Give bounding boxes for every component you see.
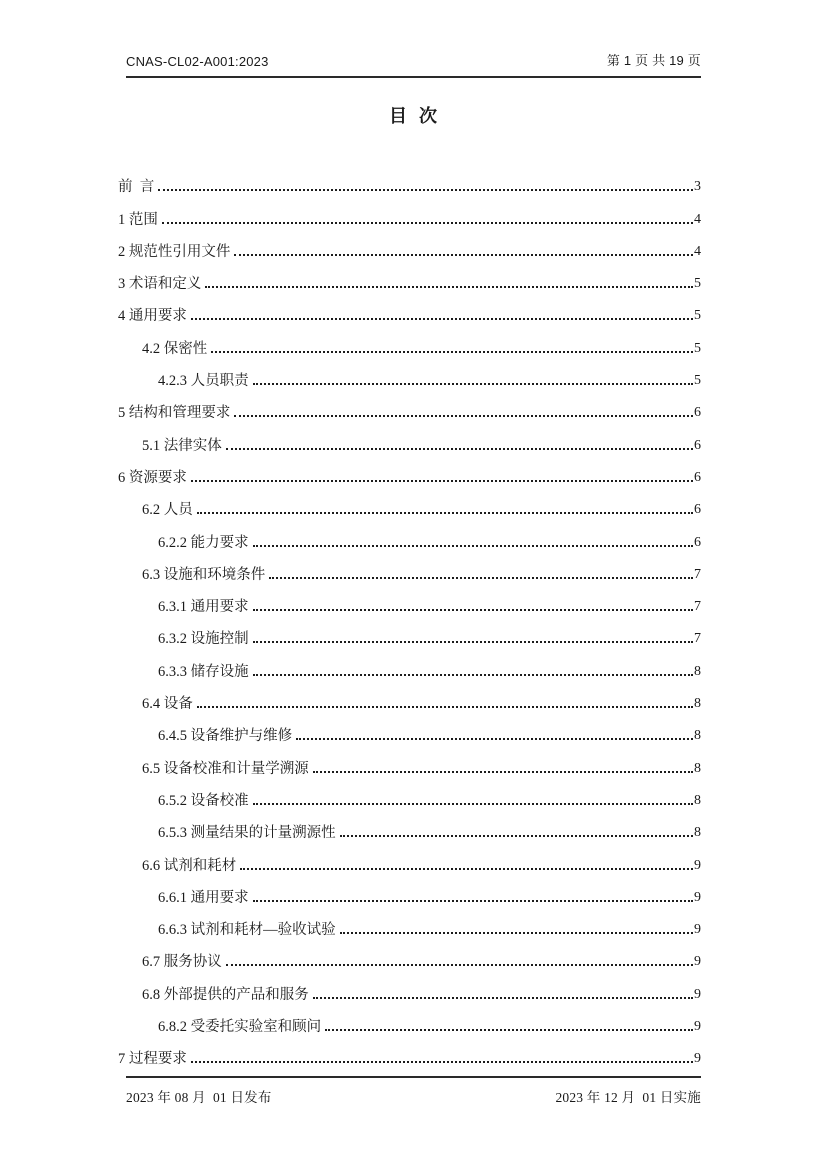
toc-entry-page: 6 (694, 434, 701, 458)
toc-entry[interactable]: 6 资源要求 6 (118, 458, 701, 490)
toc-entry-label: 6.3.2 设施控制 (158, 627, 249, 651)
toc-entry-label: 6.3 设施和环境条件 (142, 563, 265, 587)
toc-dot-leader (191, 1061, 693, 1063)
toc-entry-label: 6.5 设备校准和计量学溯源 (142, 757, 309, 781)
toc-entry[interactable]: 前 言 3 (118, 167, 701, 199)
toc-entry-page: 9 (694, 1047, 701, 1071)
toc-entry-label: 6.7 服务协议 (142, 950, 222, 974)
toc-dot-leader (197, 706, 693, 708)
toc-entry-label: 6.5.2 设备校准 (158, 789, 249, 813)
toc-entry-label: 6 资源要求 (118, 466, 187, 490)
toc-dot-leader (205, 286, 693, 288)
toc-entry[interactable]: 6.3.3 储存设施 8 (118, 651, 701, 683)
toc-entry-page: 5 (694, 337, 701, 361)
toc-dot-leader (191, 318, 693, 320)
toc-dot-leader (253, 674, 693, 676)
toc-entry-label: 6.6.1 通用要求 (158, 886, 249, 910)
toc-entry[interactable]: 6.5 设备校准和计量学溯源 8 (118, 748, 701, 780)
toc-entry[interactable]: 6.4.5 设备维护与维修 8 (118, 716, 701, 748)
toc-dot-leader (234, 254, 693, 256)
toc-entry[interactable]: 1 范围 4 (118, 199, 701, 231)
toc-entry[interactable]: 6.8 外部提供的产品和服务 9 (118, 974, 701, 1006)
toc-entry[interactable]: 2 规范性引用文件 4 (118, 232, 701, 264)
toc-entry-label: 6.4 设备 (142, 692, 193, 716)
toc-entry-label: 6.2.2 能力要求 (158, 531, 249, 555)
toc-dot-leader (234, 415, 693, 417)
toc-entry-label: 4.2 保密性 (142, 337, 207, 361)
toc-entry-page: 4 (694, 208, 701, 232)
toc-entry-label: 4 通用要求 (118, 304, 187, 328)
toc-entry[interactable]: 6.2 人员 6 (118, 490, 701, 522)
toc-dot-leader (253, 803, 693, 805)
toc-dot-leader (253, 545, 693, 547)
toc-entry-page: 5 (694, 272, 701, 296)
toc-entry-page: 8 (694, 660, 701, 684)
toc-entry-label: 6.2 人员 (142, 498, 193, 522)
toc-entry-page: 9 (694, 983, 701, 1007)
toc-entry-page: 9 (694, 854, 701, 878)
toc-entry-label: 1 范围 (118, 208, 158, 232)
toc-entry-label: 6.8 外部提供的产品和服务 (142, 983, 309, 1007)
toc-entry-label: 前 言 (118, 175, 154, 199)
toc-dot-leader (296, 738, 693, 740)
toc-entry-page: 8 (694, 692, 701, 716)
toc-entry-page: 9 (694, 886, 701, 910)
toc-dot-leader (253, 383, 693, 385)
toc-entry-page: 9 (694, 1015, 701, 1039)
toc-dot-leader (313, 771, 693, 773)
toc-dot-leader (340, 835, 693, 837)
toc-entry-page: 8 (694, 821, 701, 845)
toc-entry[interactable]: 6.6 试剂和耗材 9 (118, 845, 701, 877)
toc-entry[interactable]: 6.7 服务协议 9 (118, 942, 701, 974)
toc-dot-leader (211, 351, 693, 353)
toc-entry[interactable]: 6.3.1 通用要求 7 (118, 587, 701, 619)
toc-entry-page: 6 (694, 498, 701, 522)
toc-entry-label: 6.3.3 储存设施 (158, 660, 249, 684)
toc-entry-page: 8 (694, 757, 701, 781)
toc-dot-leader (191, 480, 693, 482)
toc-entry-page: 7 (694, 595, 701, 619)
toc-entry[interactable]: 5.1 法律实体 6 (118, 425, 701, 457)
toc-entry-page: 7 (694, 627, 701, 651)
doc-code-label: CNAS-CL02-A001:2023 (126, 54, 269, 69)
release-date-label: 2023 年 08 月 01 日发布 (126, 1086, 272, 1106)
toc-entry[interactable]: 6.5.2 设备校准 8 (118, 781, 701, 813)
toc-entry-page: 9 (694, 918, 701, 942)
toc-entry-label: 6.5.3 测量结果的计量溯源性 (158, 821, 336, 845)
toc-dot-leader (226, 964, 693, 966)
toc-entry-label: 6.4.5 设备维护与维修 (158, 724, 292, 748)
page-footer: 2023 年 08 月 01 日发布 2023 年 12 月 01 日实施 (126, 1076, 701, 1106)
toc-entry[interactable]: 4.2 保密性 5 (118, 328, 701, 360)
toc-dot-leader (253, 641, 693, 643)
toc-entry-label: 5.1 法律实体 (142, 434, 222, 458)
toc-title: 目 次 (0, 102, 827, 128)
toc-entry-label: 6.3.1 通用要求 (158, 595, 249, 619)
toc-entry-page: 5 (694, 304, 701, 328)
toc-dot-leader (197, 512, 693, 514)
toc-entry[interactable]: 4.2.3 人员职责 5 (118, 361, 701, 393)
implement-date-label: 2023 年 12 月 01 日实施 (555, 1086, 701, 1106)
toc-dot-leader (226, 448, 693, 450)
toc-entry[interactable]: 6.3 设施和环境条件 7 (118, 555, 701, 587)
toc-entry-label: 5 结构和管理要求 (118, 401, 230, 425)
toc-entry[interactable]: 5 结构和管理要求 6 (118, 393, 701, 425)
toc-entry[interactable]: 6.8.2 受委托实验室和顾问 9 (118, 1007, 701, 1039)
toc-entry-label: 6.8.2 受委托实验室和顾问 (158, 1015, 321, 1039)
toc-entry[interactable]: 6.2.2 能力要求 6 (118, 522, 701, 554)
toc-entry-page: 8 (694, 724, 701, 748)
toc-entry-page: 6 (694, 401, 701, 425)
document-page: CNAS-CL02-A001:2023 第 1 页 共 19 页 目 次 前 言… (0, 0, 827, 1170)
toc-entry-page: 8 (694, 789, 701, 813)
toc-entry-page: 6 (694, 466, 701, 490)
page-header: CNAS-CL02-A001:2023 第 1 页 共 19 页 (126, 50, 701, 78)
toc-entry-page: 3 (694, 175, 701, 199)
toc-dot-leader (269, 577, 693, 579)
toc-entry-label: 6.6 试剂和耗材 (142, 854, 236, 878)
toc-entry[interactable]: 6.4 设备 8 (118, 684, 701, 716)
toc-dot-leader (325, 1029, 693, 1031)
toc-entry[interactable]: 3 术语和定义 5 (118, 264, 701, 296)
toc-entry-page: 9 (694, 950, 701, 974)
toc-entry-label: 2 规范性引用文件 (118, 240, 230, 264)
toc-entry[interactable]: 4 通用要求 5 (118, 296, 701, 328)
toc-dot-leader (253, 900, 693, 902)
toc-entry[interactable]: 6.3.2 设施控制 7 (118, 619, 701, 651)
toc-entry-page: 4 (694, 240, 701, 264)
toc-dot-leader (158, 189, 693, 191)
page-number-indicator: 第 1 页 共 19 页 (607, 50, 701, 69)
toc-dot-leader (240, 868, 693, 870)
toc-entry-label: 3 术语和定义 (118, 272, 201, 296)
toc-entry-page: 7 (694, 563, 701, 587)
toc-entry[interactable]: 7 过程要求 9 (118, 1039, 701, 1071)
toc-dot-leader (340, 932, 693, 934)
toc-list: 前 言 3 1 范围 4 2 规范性引用文件 4 3 术语和定义 5 4 通用要… (118, 167, 701, 1071)
toc-entry-page: 5 (694, 369, 701, 393)
toc-dot-leader (253, 609, 693, 611)
toc-dot-leader (162, 222, 693, 224)
toc-entry[interactable]: 6.6.3 试剂和耗材—验收试验 9 (118, 910, 701, 942)
toc-entry-page: 6 (694, 531, 701, 555)
toc-entry-label: 4.2.3 人员职责 (158, 369, 249, 393)
toc-entry-label: 7 过程要求 (118, 1047, 187, 1071)
toc-entry[interactable]: 6.5.3 测量结果的计量溯源性 8 (118, 813, 701, 845)
toc-entry-label: 6.6.3 试剂和耗材—验收试验 (158, 918, 336, 942)
toc-dot-leader (313, 997, 693, 999)
toc-entry[interactable]: 6.6.1 通用要求 9 (118, 878, 701, 910)
